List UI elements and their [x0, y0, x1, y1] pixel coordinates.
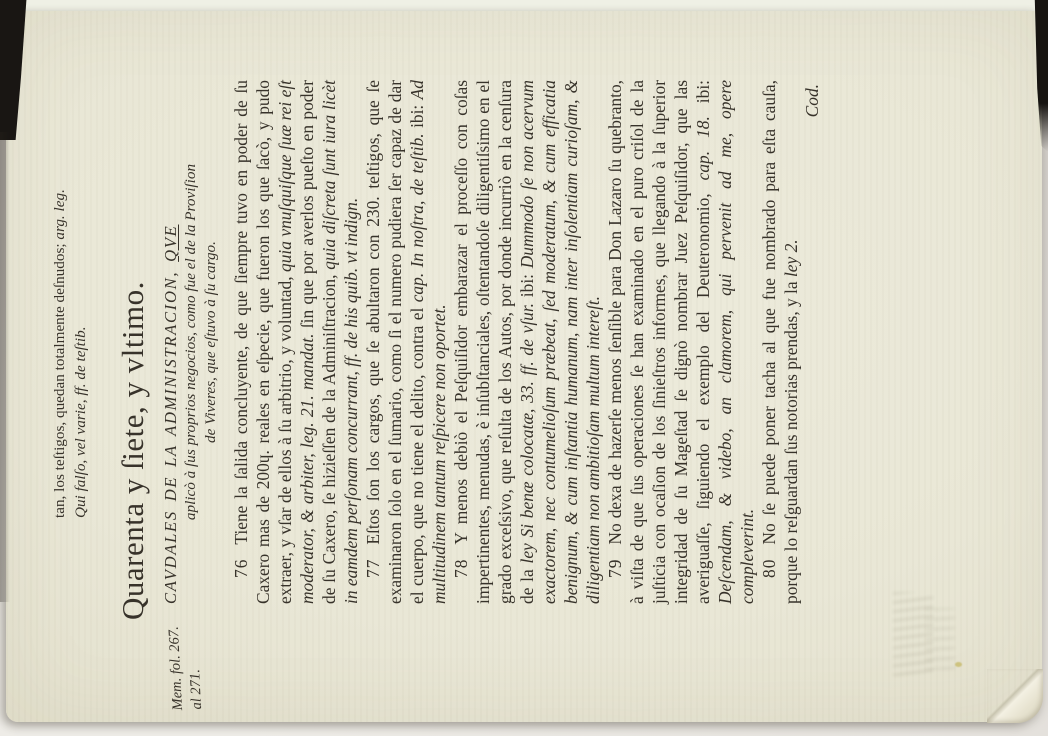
paragraph-number: 76 [231, 545, 251, 578]
paragraph: 77Eſtos ſon los cargos, que ſe abultaron… [362, 80, 450, 604]
text-segment: ibi: [693, 80, 713, 116]
text-segment: cap. In noſtra, de teſtib. [407, 133, 427, 302]
text-segment: ley 2. [781, 239, 801, 277]
text-segment: ley Si benæ colocatæ, 33. ff. de vſur. [517, 303, 537, 564]
text-segment: tan, los teſtigos, quedan totalmente deſ… [51, 240, 68, 518]
paragraph-number: 79 [605, 545, 625, 578]
paragraph: 79No dexa de hazerſe menos ſenſible para… [604, 80, 758, 604]
section-subtitle-line: aplicò à ſus proprios negocios, como fue… [181, 80, 201, 604]
paragraph-number: 80 [759, 545, 779, 578]
section-subtitle-caps: CAVDALES DE LA ADMINISTRACION, QVE [161, 80, 181, 604]
paragraph-number: 77 [363, 545, 383, 578]
previous-section-ending: tan, los teſtigos, quedan totalmente deſ… [50, 80, 91, 604]
page-content-rotated: Mem. fol. 267. al 271. tan, los teſtigos… [16, 26, 1026, 726]
text-segment: No ſe puede poner tacha al que fue nombr… [759, 80, 801, 604]
catchword: Cod. [802, 80, 823, 604]
paragraph: 76Tiene la ſalida concluyente, de que ſi… [230, 80, 362, 604]
text-segment: CAVDALES DE LA ADMINISTRACION, [161, 262, 180, 604]
text-segment: arg. leg. [51, 189, 68, 239]
text-segment: ibi: [517, 268, 537, 303]
paragraph: 80No ſe puede poner tacha al que fue nom… [758, 80, 802, 604]
section-subtitle-line: de Viveres, que eſtuvo à ſu cargo. [201, 80, 221, 604]
text-segment: cap. 18. [693, 116, 713, 180]
prev-section-line: Qui falſo, vel varie, ff. de teſtib. [71, 80, 92, 518]
prev-section-line: tan, los teſtigos, quedan totalmente deſ… [50, 80, 71, 518]
text-segment: ibi: [407, 99, 427, 133]
chapter-heading: Quarenta y ſiete, y vltimo. [115, 80, 151, 620]
paragraph-number: 78 [451, 545, 471, 578]
body-paragraphs: 76Tiene la ſalida concluyente, de que ſi… [230, 80, 802, 604]
margin-note-mem: Mem. fol. 267. al 271. [163, 589, 207, 711]
text-segment: QVE [161, 225, 180, 262]
photographed-book-page: Mem. fol. 267. al 271. tan, los teſtigos… [0, 0, 1048, 736]
text-segment: Deſcendam, & videbo, an clamorem, qui pe… [715, 80, 757, 604]
text-segment: Qui falſo, vel varie, ff. de teſtib. [72, 327, 89, 519]
page-edge-shadow [0, 132, 10, 602]
paragraph: 78Y menos debiò el Peſquiſidor embarazar… [450, 80, 604, 604]
text-column: tan, los teſtigos, quedan totalmente deſ… [50, 80, 823, 604]
